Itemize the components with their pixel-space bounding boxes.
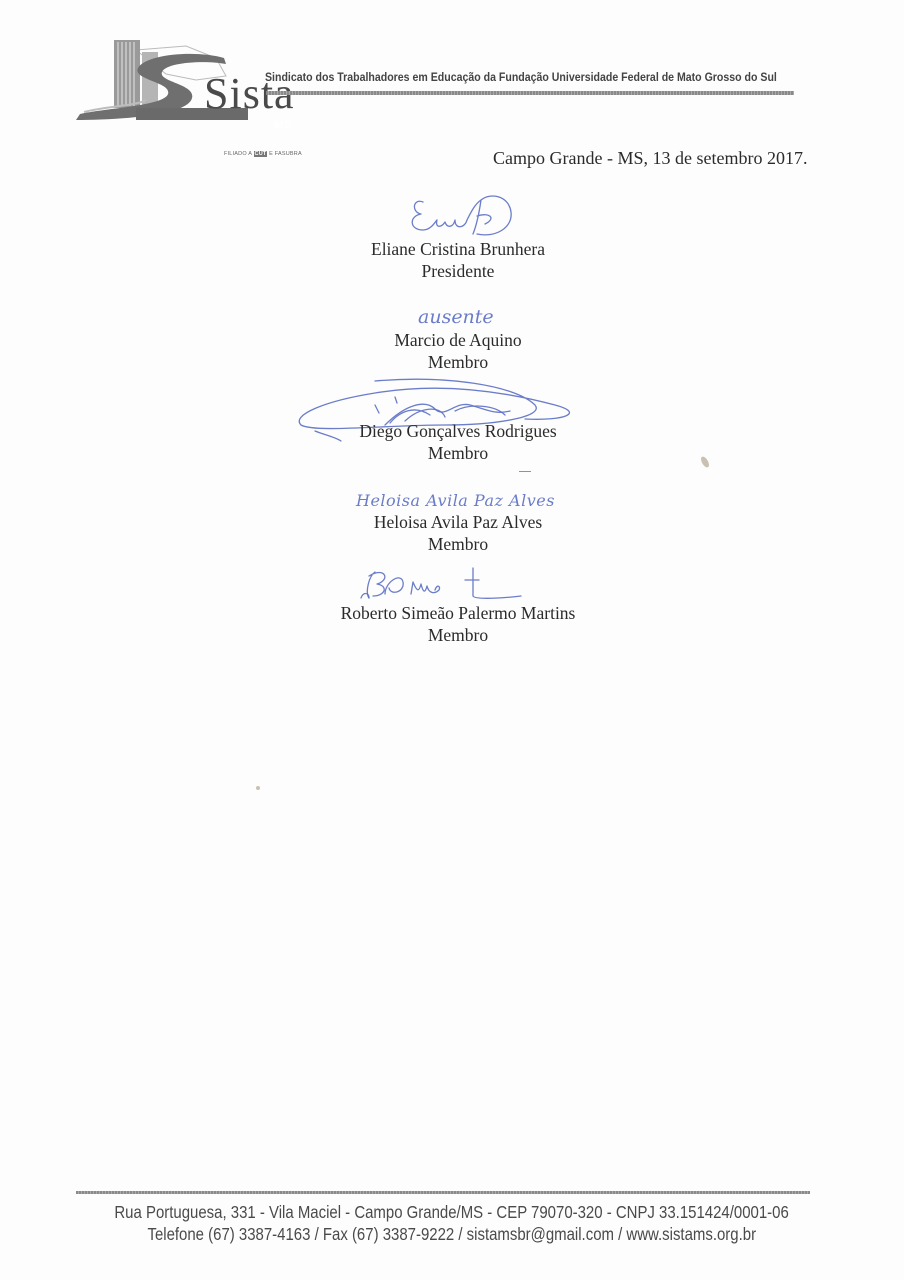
signature-eliane: [405, 190, 525, 245]
signatory-block: Diego Gonçalves Rodrigues Membro: [300, 420, 616, 464]
scan-speck: [699, 455, 710, 468]
sista-logo: Sista MS FILIADO A CUT E FASUBRA: [76, 36, 256, 132]
signatory-block: Heloisa Avila Paz Alves Membro: [300, 511, 616, 555]
signatory-block: Roberto Simeão Palermo Martins Membro: [300, 602, 616, 646]
pen-mark: [519, 471, 531, 472]
header-divider: [266, 91, 794, 95]
signatory-name: Heloisa Avila Paz Alves: [300, 511, 616, 533]
signatory-role: Membro: [300, 351, 616, 373]
scan-speck: [256, 786, 260, 790]
signatory-block: Marcio de Aquino Membro: [300, 329, 616, 373]
signatory-role: Membro: [300, 533, 616, 555]
signatory-name: Marcio de Aquino: [300, 329, 616, 351]
signatory-block: Eliane Cristina Brunhera Presidente: [300, 238, 616, 282]
signatory-name: Roberto Simeão Palermo Martins: [300, 602, 616, 624]
date-line: Campo Grande - MS, 13 de setembro 2017.: [493, 148, 807, 169]
signatory-role: Membro: [300, 624, 616, 646]
signatory-name: Diego Gonçalves Rodrigues: [300, 420, 616, 442]
signatory-role: Presidente: [300, 260, 616, 282]
signatory-role: Membro: [300, 442, 616, 464]
logo-affiliation: FILIADO A CUT E FASUBRA: [224, 151, 302, 157]
footer-divider: [76, 1191, 810, 1194]
footer-address: Rua Portuguesa, 331 - Vila Maciel - Camp…: [0, 1202, 904, 1223]
organization-name: Sindicato dos Trabalhadores em Educação …: [265, 70, 777, 84]
logo-ms: MS: [274, 119, 293, 131]
footer-contact: Telefone (67) 3387-4163 / Fax (67) 3387-…: [0, 1224, 904, 1245]
signatory-name: Eliane Cristina Brunhera: [300, 238, 616, 260]
handwritten-signature-heloisa: Heloisa Avila Paz Alves: [356, 491, 555, 510]
signature-roberto: [355, 562, 535, 607]
letter-page: Sista MS FILIADO A CUT E FASUBRA Sindica…: [0, 0, 904, 1280]
handwritten-absent-note: ausente: [418, 306, 494, 328]
